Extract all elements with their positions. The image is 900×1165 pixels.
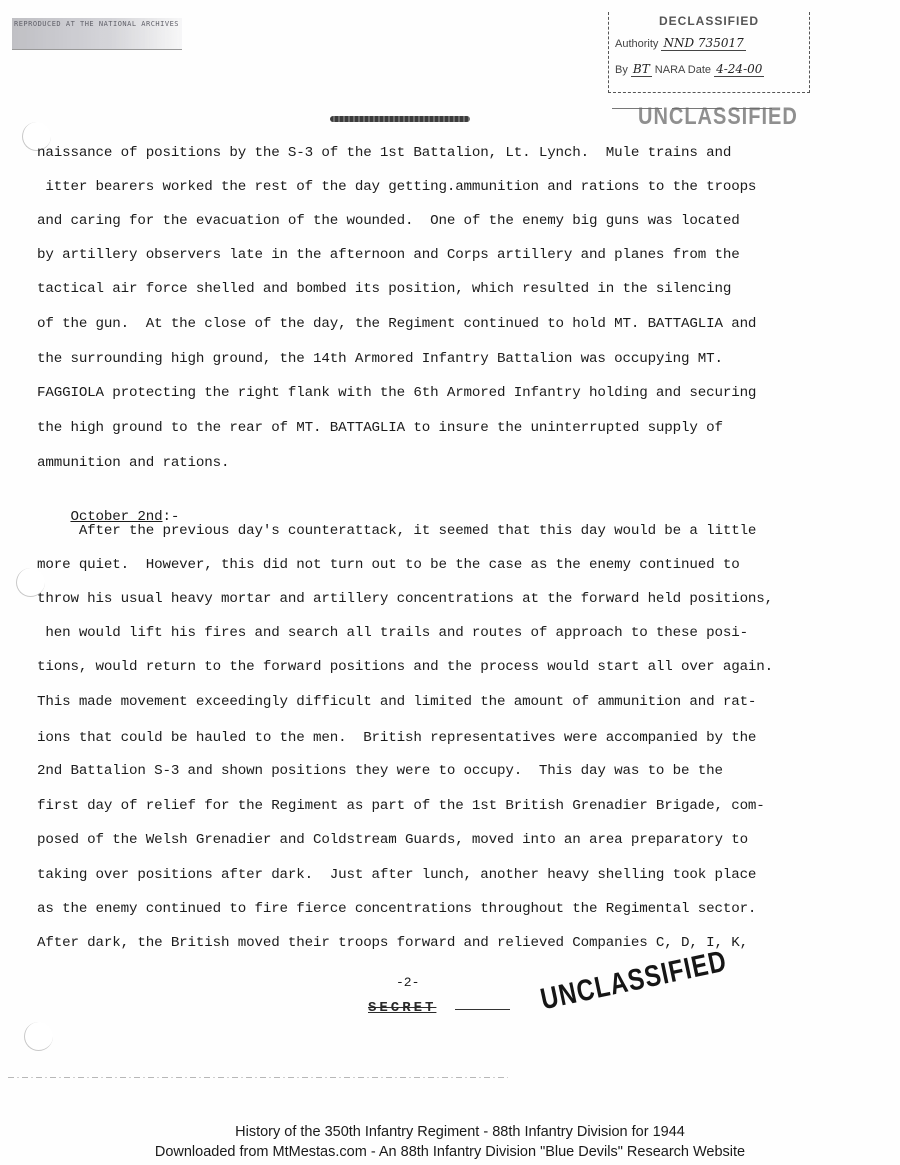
section-line: After dark, the British moved their troo… bbox=[37, 934, 748, 952]
redacted-secret-marking bbox=[330, 114, 470, 124]
section-line: tions, would return to the forward posit… bbox=[37, 658, 773, 676]
unclassified-stamp-top: UNCLASSIFIED bbox=[638, 104, 798, 132]
section-line: hen would lift his fires and search all … bbox=[37, 624, 748, 642]
by-value: BT bbox=[631, 62, 652, 77]
secret-marking-crossed: SECRET bbox=[368, 1000, 436, 1016]
body-line: tactical air force shelled and bombed it… bbox=[37, 280, 731, 298]
declassification-stamp: DECLASSIFIED Authority NND 735017 By BT … bbox=[608, 12, 810, 93]
strikeout-scribble bbox=[330, 116, 470, 122]
section-line: 2nd Battalion S-3 and shown positions th… bbox=[37, 762, 723, 780]
body-line: the surrounding high ground, the 14th Ar… bbox=[37, 350, 723, 368]
section-line: This made movement exceedingly difficult… bbox=[37, 693, 756, 711]
scan-artifact-rule bbox=[8, 1077, 508, 1078]
section-line: more quiet. However, this did not turn o… bbox=[37, 556, 740, 574]
section-line: After the previous day's counterattack, … bbox=[37, 522, 756, 540]
body-line: of the gun. At the close of the day, the… bbox=[37, 315, 756, 333]
by-label: By bbox=[615, 64, 628, 76]
authority-value: NND 735017 bbox=[661, 36, 745, 51]
secret-strikeout-tail bbox=[455, 1009, 510, 1010]
archive-rule bbox=[12, 49, 182, 50]
archive-header: REPRODUCED AT THE NATIONAL ARCHIVES bbox=[12, 18, 182, 50]
archive-label: REPRODUCED AT THE NATIONAL ARCHIVES bbox=[14, 20, 179, 28]
section-line: first day of relief for the Regiment as … bbox=[37, 797, 765, 815]
body-line: itter bearers worked the rest of the day… bbox=[37, 178, 756, 196]
section-line: taking over positions after dark. Just a… bbox=[37, 866, 756, 884]
page-number: -2- bbox=[396, 975, 419, 990]
authority-label: Authority bbox=[615, 38, 658, 50]
body-line: the high ground to the rear of MT. BATTA… bbox=[37, 419, 723, 437]
section-line: posed of the Welsh Grenadier and Coldstr… bbox=[37, 831, 748, 849]
unclassified-stamp-bottom: UNCLASSIFIED bbox=[538, 944, 730, 1018]
body-line: FAGGIOLA protecting the right flank with… bbox=[37, 384, 756, 402]
body-line: by artillery observers late in the after… bbox=[37, 246, 740, 264]
footer-line-title: History of the 350th Infantry Regiment -… bbox=[0, 1122, 900, 1142]
body-line: ammunition and rations. bbox=[37, 454, 229, 472]
section-line: throw his usual heavy mortar and artille… bbox=[37, 590, 773, 608]
body-line: naissance of positions by the S-3 of the… bbox=[37, 144, 731, 162]
section-line: as the enemy continued to fire fierce co… bbox=[37, 900, 756, 918]
body-line: and caring for the evacuation of the wou… bbox=[37, 212, 740, 230]
punch-hole-bottom bbox=[24, 1022, 53, 1051]
footer-line-source: Downloaded from MtMestas.com - An 88th I… bbox=[0, 1142, 900, 1162]
nara-date-value: 4-24-00 bbox=[714, 62, 764, 77]
page-footer: History of the 350th Infantry Regiment -… bbox=[0, 1122, 900, 1162]
declassified-title: DECLASSIFIED bbox=[659, 14, 759, 28]
authority-line: Authority NND 735017 bbox=[615, 36, 746, 50]
section-line: ions that could be hauled to the men. Br… bbox=[37, 729, 756, 747]
by-line: By BT NARA Date 4-24-00 bbox=[615, 62, 764, 76]
nara-date-label: NARA Date bbox=[655, 64, 711, 76]
